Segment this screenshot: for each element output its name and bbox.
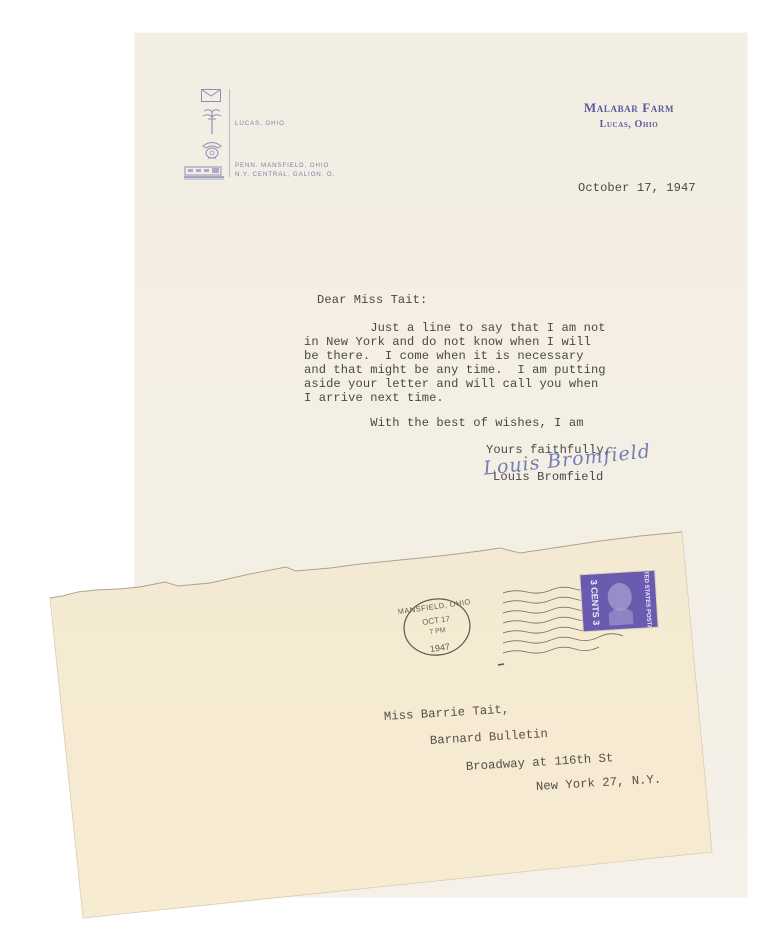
telegraph-icon [201,107,223,135]
farm-name: Malabar Farm [559,100,699,116]
train-icon [184,165,224,180]
envelope-icon [201,89,221,102]
farm-letterhead: Malabar Farm Lucas, Ohio [559,100,699,132]
body-line: Just a line to say that I am not [304,321,606,335]
letter-sheet: LUCAS, OHIO PENN. MANSFIELD, OHIO N.Y. C… [135,33,747,897]
farm-location: Lucas, Ohio [559,118,699,132]
body-line: be there. I come when it is necessary [304,349,584,363]
body-line: in New York and do not know when I will [304,335,591,349]
rail-line-nyc: N.Y. CENTRAL, GALION, O. [235,171,335,178]
typed-name: Louis Bromfield [493,470,603,484]
telegraph-address: LUCAS, OHIO [235,120,285,127]
rail-line-penn: PENN. MANSFIELD, OHIO [235,162,329,169]
body-line: aside your letter and will call you when [304,377,598,391]
letterhead-divider [229,89,230,177]
telephone-icon [201,140,223,160]
body-line: I arrive next time. [304,391,444,405]
body-line: and that might be any time. I am putting [304,363,606,377]
closing-line: With the best of wishes, I am [304,416,584,430]
salutation: Dear Miss Tait: [317,293,427,307]
letter-date: October 17, 1947 [578,181,696,195]
